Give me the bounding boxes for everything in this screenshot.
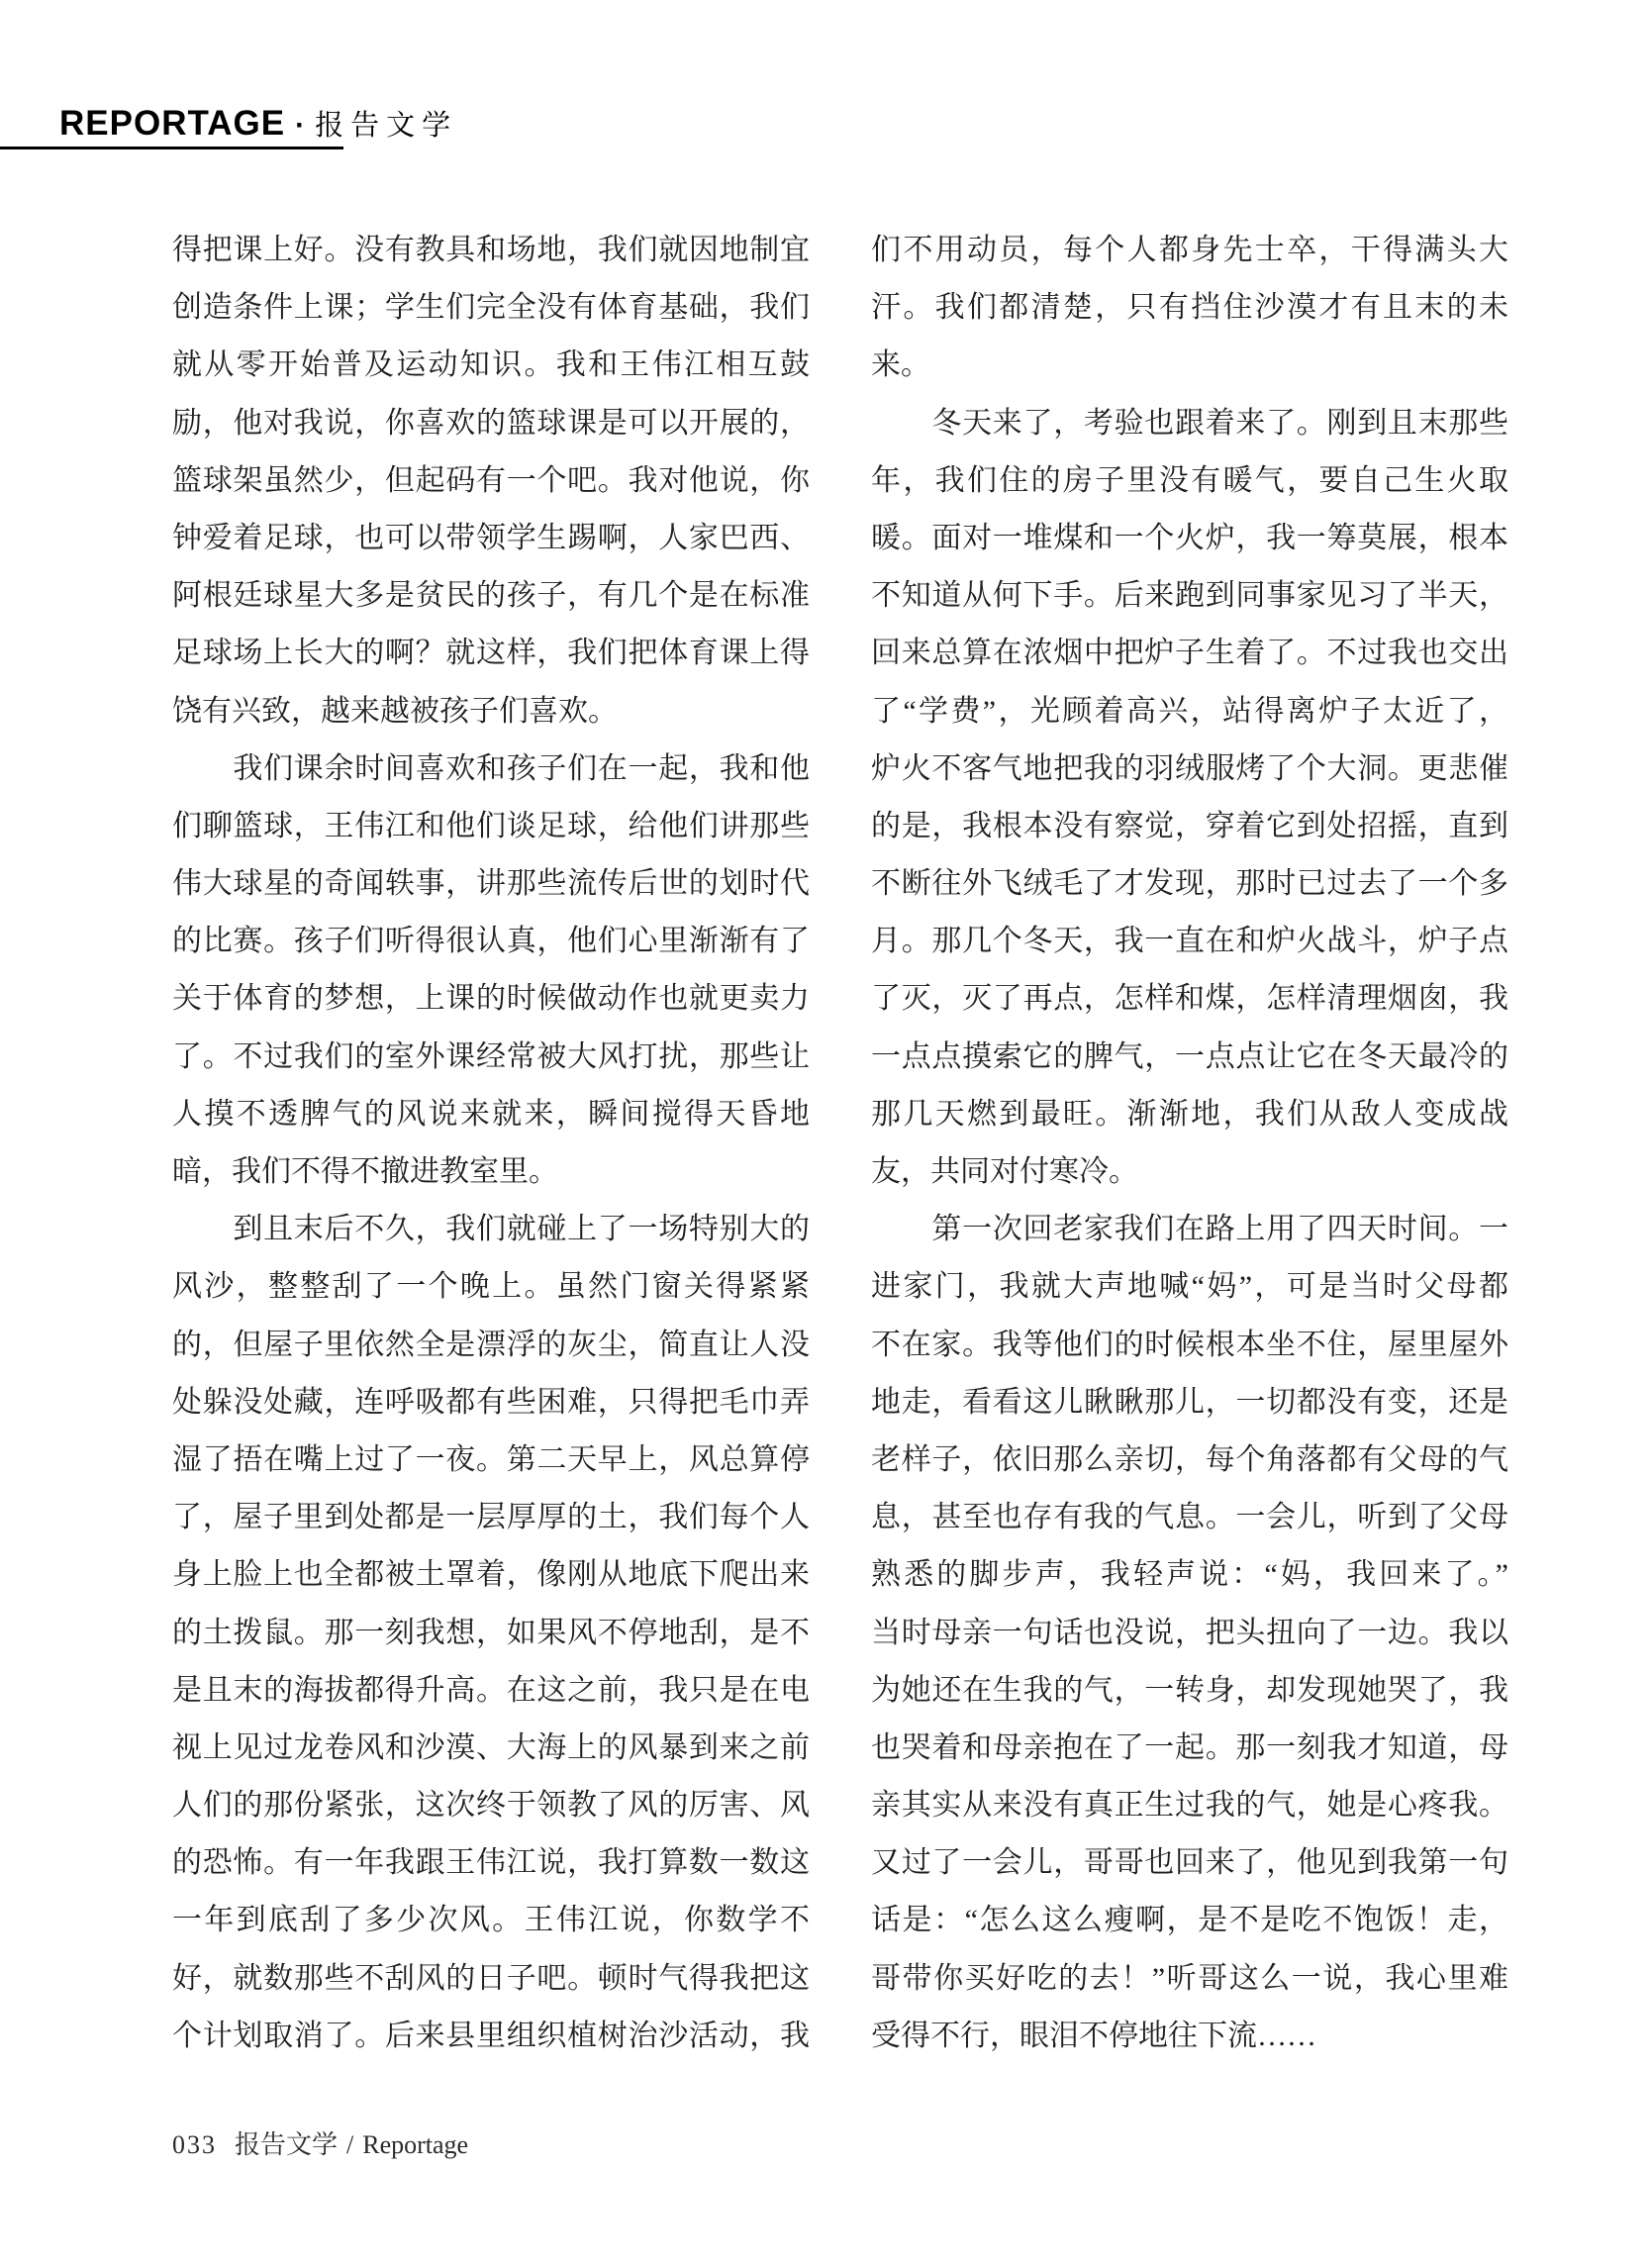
text-line: 友，共同对付寒冷。 <box>871 1143 1508 1201</box>
text-line: 亲其实从来没有真正生过我的气，她是心疼我。 <box>871 1777 1508 1834</box>
text-line: 息，甚至也存有我的气息。一会儿，听到了父母 <box>871 1489 1508 1546</box>
text-line: 人摸不透脾气的风说来就来，瞬间搅得天昏地 <box>172 1086 810 1143</box>
text-line: 到且末后不久，我们就碰上了一场特别大的 <box>172 1201 810 1258</box>
magazine-page: REPORTAGE·报告文学 得把课上好。没有教具和场地，我们就因地制宜创造条件… <box>0 0 1651 2268</box>
text-line: 的土拨鼠。那一刻我想，如果风不停地刮，是不 <box>172 1605 810 1662</box>
text-line: 暖。面对一堆煤和一个火炉，我一筹莫展，根本 <box>871 510 1508 567</box>
text-line: 好，就数那些不刮风的日子吧。顿时气得我把这 <box>172 1950 810 2008</box>
text-line: 地走，看看这儿瞅瞅那儿，一切都没有变，还是 <box>871 1374 1508 1431</box>
text-line: 炉火不客气地把我的羽绒服烤了个大洞。更悲催 <box>871 740 1508 798</box>
text-line: 饶有兴致，越来越被孩子们喜欢。 <box>172 683 810 740</box>
text-line: 一年到底刮了多少次风。王伟江说，你数学不 <box>172 1892 810 1949</box>
text-line: 第一次回老家我们在路上用了四天时间。一 <box>871 1201 1508 1258</box>
text-line: 得把课上好。没有教具和场地，我们就因地制宜 <box>172 222 810 279</box>
text-line: 年，我们住的房子里没有暖气，要自己生火取 <box>871 452 1508 510</box>
page-header: REPORTAGE·报告文学 <box>59 106 457 141</box>
text-line: 受得不行，眼泪不停地往下流…… <box>871 2008 1508 2065</box>
text-line: 当时母亲一句话也没说，把头扭向了一边。我以 <box>871 1605 1508 1662</box>
footer-section-zh: 报告文学 <box>235 2130 338 2159</box>
text-line: 励，他对我说，你喜欢的篮球课是可以开展的， <box>172 395 810 452</box>
text-line: 哥带你买好吃的去！”听哥这么一说，我心里难 <box>871 1950 1508 2008</box>
text-line: 又过了一会儿，哥哥也回来了，他见到我第一句 <box>871 1834 1508 1892</box>
text-line: 回来总算在浓烟中把炉子生着了。不过我也交出 <box>871 625 1508 682</box>
text-line: 来。 <box>871 337 1508 394</box>
footer-page-number: 033 <box>172 2130 217 2159</box>
text-line: 我们课余时间喜欢和孩子们在一起，我和他 <box>172 740 810 798</box>
text-line: 熟悉的脚步声，我轻声说：“妈，我回来了。” <box>871 1546 1508 1604</box>
text-line: 不在家。我等他们的时候根本坐不住，屋里屋外 <box>871 1317 1508 1374</box>
text-line: 阿根廷球星大多是贫民的孩子，有几个是在标准 <box>172 567 810 625</box>
header-rule <box>0 147 343 149</box>
text-line: 的比赛。孩子们听得很认真，他们心里渐渐有了 <box>172 913 810 970</box>
text-line: 不知道从何下手。后来跑到同事家见习了半天， <box>871 567 1508 625</box>
text-line: 了。不过我们的室外课经常被大风打扰，那些让 <box>172 1029 810 1086</box>
text-line: 身上脸上也全都被土罩着，像刚从地底下爬出来 <box>172 1546 810 1604</box>
page-footer: 033报告文学/Reportage <box>172 2124 468 2161</box>
text-line: 冬天来了，考验也跟着来了。刚到且末那些 <box>871 395 1508 452</box>
text-line: 那几天燃到最旺。渐渐地，我们从敌人变成战 <box>871 1086 1508 1143</box>
text-line: 老样子，依旧那么亲切，每个角落都有父母的气 <box>871 1431 1508 1489</box>
text-line: 汗。我们都清楚，只有挡住沙漠才有且末的未 <box>871 279 1508 337</box>
text-line: 为她还在生我的气，一转身，却发现她哭了，我 <box>871 1662 1508 1720</box>
text-line: 湿了捂在嘴上过了一夜。第二天早上，风总算停 <box>172 1431 810 1489</box>
text-line: 了灭，灭了再点，怎样和煤，怎样清理烟囱，我 <box>871 970 1508 1028</box>
text-line: 视上见过龙卷风和沙漠、大海上的风暴到来之前 <box>172 1720 810 1777</box>
text-line: 钟爱着足球，也可以带领学生踢啊，人家巴西、 <box>172 510 810 567</box>
header-title-zh: 报告文学 <box>315 110 457 142</box>
text-line: 们不用动员，每个人都身先士卒，干得满头大 <box>871 222 1508 279</box>
text-line: 足球场上长大的啊？就这样，我们把体育课上得 <box>172 625 810 682</box>
text-line: 关于体育的梦想，上课的时候做动作也就更卖力 <box>172 970 810 1028</box>
text-line: 一点点摸索它的脾气，一点点让它在冬天最冷的 <box>871 1029 1508 1086</box>
text-line: 话是：“怎么这么瘦啊，是不是吃不饱饭！走， <box>871 1892 1508 1949</box>
text-line: 人们的那份紧张，这次终于领教了风的厉害、风 <box>172 1777 810 1834</box>
text-line: 暗，我们不得不撤进教室里。 <box>172 1143 810 1201</box>
text-line: 伟大球星的奇闻轶事，讲那些流传后世的划时代 <box>172 855 810 913</box>
text-line: 了“学费”，光顾着高兴，站得离炉子太近了， <box>871 683 1508 740</box>
text-line: 们聊篮球，王伟江和他们谈足球，给他们讲那些 <box>172 798 810 855</box>
text-line: 就从零开始普及运动知识。我和王伟江相互鼓 <box>172 337 810 394</box>
text-line: 处躲没处藏，连呼吸都有些困难，只得把毛巾弄 <box>172 1374 810 1431</box>
text-line: 篮球架虽然少，但起码有一个吧。我对他说，你 <box>172 452 810 510</box>
text-line: 的，但屋子里依然全是漂浮的灰尘，简直让人没 <box>172 1317 810 1374</box>
text-line: 的是，我根本没有察觉，穿着它到处招摇，直到 <box>871 798 1508 855</box>
text-column-right: 们不用动员，每个人都身先士卒，干得满头大汗。我们都清楚，只有挡住沙漠才有且末的未… <box>871 222 1508 2065</box>
text-line: 也哭着和母亲抱在了一起。那一刻我才知道，母 <box>871 1720 1508 1777</box>
footer-section-en: Reportage <box>362 2130 468 2159</box>
text-line: 创造条件上课；学生们完全没有体育基础，我们 <box>172 279 810 337</box>
footer-separator: / <box>346 2130 353 2159</box>
text-line: 是且末的海拔都得升高。在这之前，我只是在电 <box>172 1662 810 1720</box>
header-title-en: REPORTAGE <box>59 104 285 143</box>
text-line: 风沙，整整刮了一个晚上。虽然门窗关得紧紧 <box>172 1258 810 1316</box>
text-line: 月。那几个冬天，我一直在和炉火战斗，炉子点 <box>871 913 1508 970</box>
header-separator-dot: · <box>295 109 305 142</box>
text-line: 了，屋子里到处都是一层厚厚的土，我们每个人 <box>172 1489 810 1546</box>
text-line: 的恐怖。有一年我跟王伟江说，我打算数一数这 <box>172 1834 810 1892</box>
text-line: 个计划取消了。后来县里组织植树治沙活动，我 <box>172 2008 810 2065</box>
text-line: 进家门，我就大声地喊“妈”，可是当时父母都 <box>871 1258 1508 1316</box>
text-line: 不断往外飞绒毛了才发现，那时已过去了一个多 <box>871 855 1508 913</box>
text-column-left: 得把课上好。没有教具和场地，我们就因地制宜创造条件上课；学生们完全没有体育基础，… <box>172 222 810 2065</box>
